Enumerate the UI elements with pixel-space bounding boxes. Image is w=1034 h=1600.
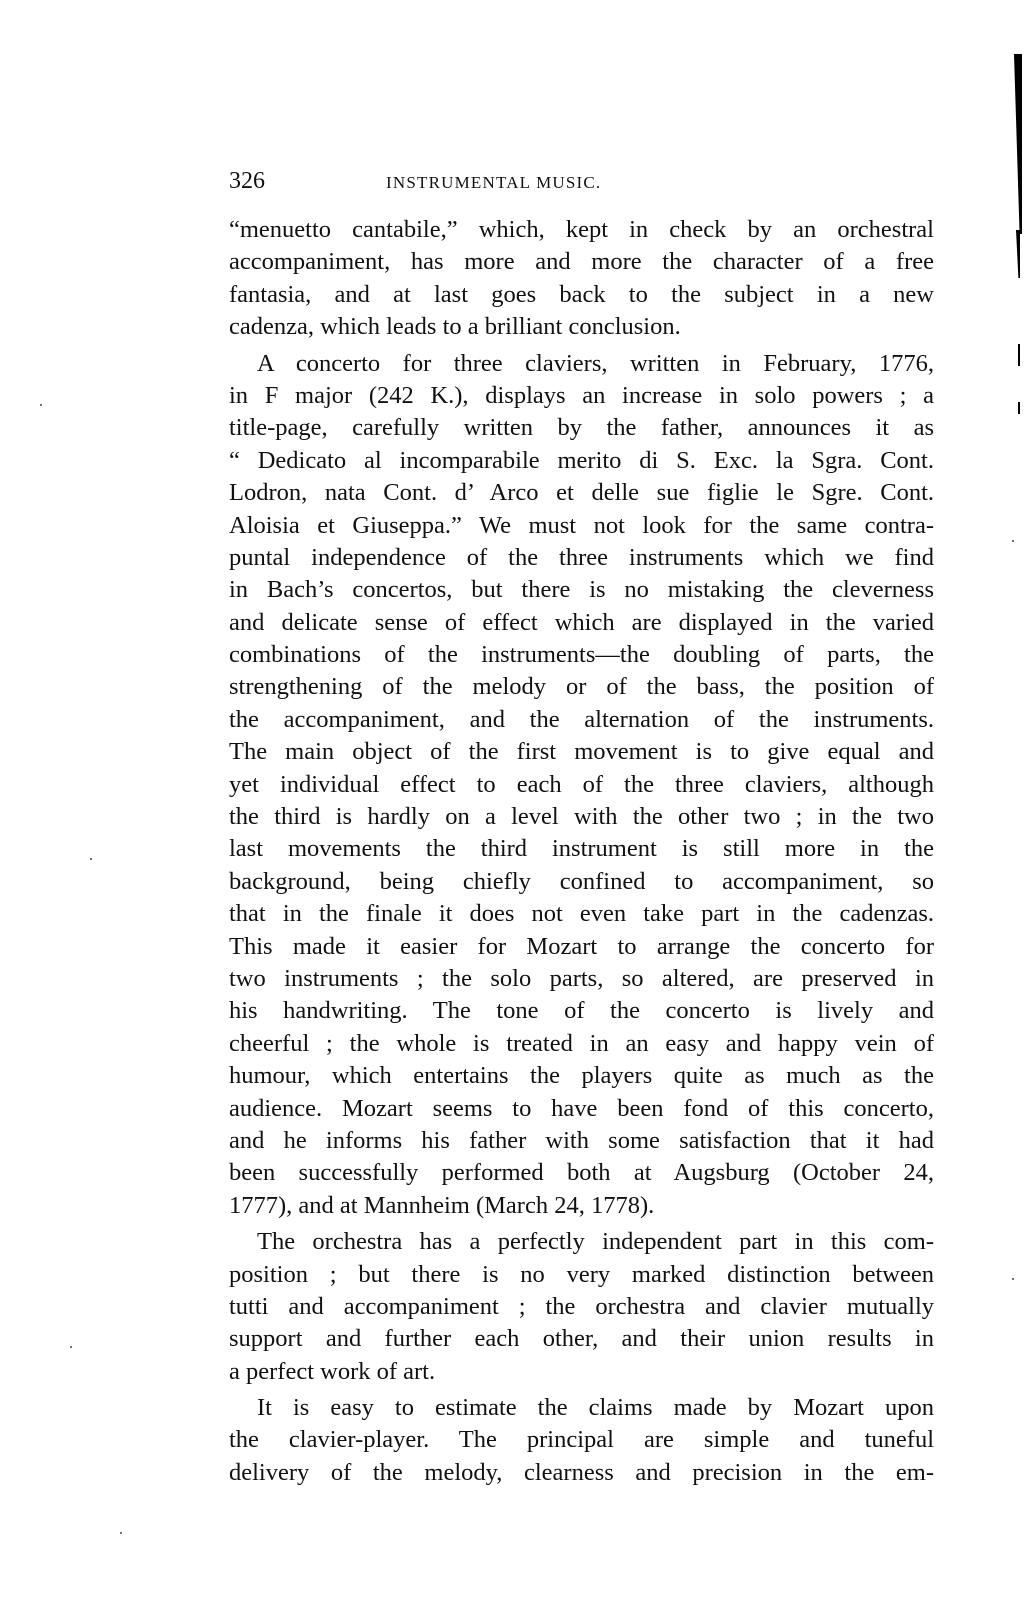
text-line: and delicate sense of effect which are d… bbox=[229, 607, 934, 639]
text-line: yet individual effect to each of the thr… bbox=[229, 769, 934, 801]
text-line: support and further each other, and thei… bbox=[229, 1323, 934, 1355]
text-line: puntal independence of the three instrum… bbox=[229, 542, 934, 574]
scan-speck bbox=[40, 404, 42, 406]
text-line: title-page, carefully written by the fat… bbox=[229, 412, 934, 444]
running-head: 326 INSTRUMENTAL MUSIC. bbox=[229, 164, 934, 198]
text-line: accompaniment, has more and more the cha… bbox=[229, 246, 934, 278]
text-line: delivery of the melody, clearness and pr… bbox=[229, 1457, 934, 1489]
text-line: The main object of the first movement is… bbox=[229, 736, 934, 768]
text-line: “menuetto cantabile,” which, kept in che… bbox=[229, 214, 934, 246]
paragraph: It is easy to estimate the claims made b… bbox=[229, 1392, 934, 1489]
paragraph: A concerto for three claviers, written i… bbox=[229, 348, 934, 1223]
text-line: background, being chiefly confined to ac… bbox=[229, 866, 934, 898]
text-line: last movements the third instrument is s… bbox=[229, 833, 934, 865]
scan-edge-mark bbox=[1018, 402, 1020, 414]
running-title: INSTRUMENTAL MUSIC. bbox=[386, 166, 601, 200]
text-line: cadenza, which leads to a brilliant conc… bbox=[229, 311, 934, 343]
text-line: in Bach’s concertos, but there is no mis… bbox=[229, 574, 934, 606]
text-line: cheerful ; the whole is treated in an ea… bbox=[229, 1028, 934, 1060]
paragraph: The orchestra has a perfectly independen… bbox=[229, 1226, 934, 1388]
text-line: the third is hardly on a level with the … bbox=[229, 801, 934, 833]
text-line: a perfect work of art. bbox=[229, 1356, 934, 1388]
text-line: This made it easier for Mozart to arrang… bbox=[229, 931, 934, 963]
text-line: 1777), and at Mannheim (March 24, 1778). bbox=[229, 1190, 934, 1222]
scan-speck bbox=[70, 1346, 72, 1348]
text-line: tutti and accompaniment ; the orchestra … bbox=[229, 1291, 934, 1323]
text-line: and he informs his father with some sati… bbox=[229, 1125, 934, 1157]
text-line: A concerto for three claviers, written i… bbox=[229, 348, 934, 380]
text-line: fantasia, and at last goes back to the s… bbox=[229, 279, 934, 311]
scan-speck bbox=[1012, 1278, 1014, 1280]
paragraph: “menuetto cantabile,” which, kept in che… bbox=[229, 214, 934, 344]
scan-edge-mark bbox=[1016, 230, 1020, 278]
text-line: in F major (242 K.), displays an increas… bbox=[229, 380, 934, 412]
body-text: “menuetto cantabile,” which, kept in che… bbox=[229, 214, 934, 1489]
text-line: humour, which entertains the players qui… bbox=[229, 1060, 934, 1092]
text-line: The orchestra has a perfectly independen… bbox=[229, 1226, 934, 1258]
text-line: his handwriting. The tone of the concert… bbox=[229, 995, 934, 1027]
text-line: Aloisia et Giuseppa.” We must not look f… bbox=[229, 510, 934, 542]
text-line: combinations of the instruments—the doub… bbox=[229, 639, 934, 671]
text-line: position ; but there is no very marked d… bbox=[229, 1259, 934, 1291]
text-line: Lodron, nata Cont. d’ Arco et delle sue … bbox=[229, 477, 934, 509]
text-line: “ Dedicato al incomparabile merito di S.… bbox=[229, 445, 934, 477]
book-page: 326 INSTRUMENTAL MUSIC. “menuetto cantab… bbox=[0, 0, 1034, 1600]
scan-speck bbox=[90, 858, 92, 860]
page-number: 326 bbox=[229, 164, 265, 198]
text-line: strengthening of the melody or of the ba… bbox=[229, 671, 934, 703]
text-line: been successfully performed both at Augs… bbox=[229, 1157, 934, 1189]
scan-speck bbox=[120, 1532, 122, 1534]
text-line: It is easy to estimate the claims made b… bbox=[229, 1392, 934, 1424]
scan-edge-mark bbox=[1014, 54, 1022, 234]
text-line: that in the finale it does not even take… bbox=[229, 898, 934, 930]
text-line: the accompaniment, and the alternation o… bbox=[229, 704, 934, 736]
text-line: two instruments ; the solo parts, so alt… bbox=[229, 963, 934, 995]
text-line: audience. Mozart seems to have been fond… bbox=[229, 1093, 934, 1125]
scan-speck bbox=[1012, 540, 1014, 542]
scan-edge-mark bbox=[1018, 344, 1020, 366]
text-line: the clavier-player. The principal are si… bbox=[229, 1424, 934, 1456]
